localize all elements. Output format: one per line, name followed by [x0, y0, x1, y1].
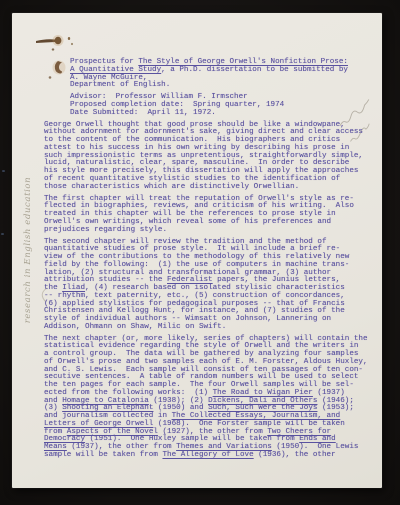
paragraph-second-chapter: The second chapter will review the tradi…: [44, 239, 374, 332]
scanned-document-photo: { "colors": { "mat": "#171412", "paper":…: [0, 0, 400, 505]
typewritten-content: Prospectus for The Style of George Orwel…: [44, 59, 374, 464]
paragraph-introduction: George Orwell thought that good prose sh…: [44, 122, 374, 192]
mat-speck: [2, 170, 5, 172]
document-page: research in English education Prospectus…: [12, 13, 382, 488]
paragraph-next-chapter-samples: The next chapter (or, more likely, serie…: [44, 336, 374, 460]
text-line: those characteristics which are distinct…: [44, 184, 374, 192]
text-line: Date Submitted: April 11, 1972.: [70, 110, 374, 118]
handwritten-margin-note: research in English education: [23, 160, 37, 340]
text-line: prejudices regarding style.: [44, 227, 374, 235]
text-line: Department of English.: [70, 82, 374, 90]
mat-speck: [1, 233, 4, 235]
advisor-block: Advisor: Professor William F. IrmscherPr…: [44, 94, 374, 117]
paragraph-first-chapter: The first chapter will treat the reputat…: [44, 196, 374, 235]
text-line: Addison, Ohmann on Shaw, Milic on Swift.: [44, 324, 374, 332]
title-block: Prospectus for The Style of George Orwel…: [44, 59, 374, 90]
text-line: sample will be taken from The Allegory o…: [44, 452, 374, 460]
